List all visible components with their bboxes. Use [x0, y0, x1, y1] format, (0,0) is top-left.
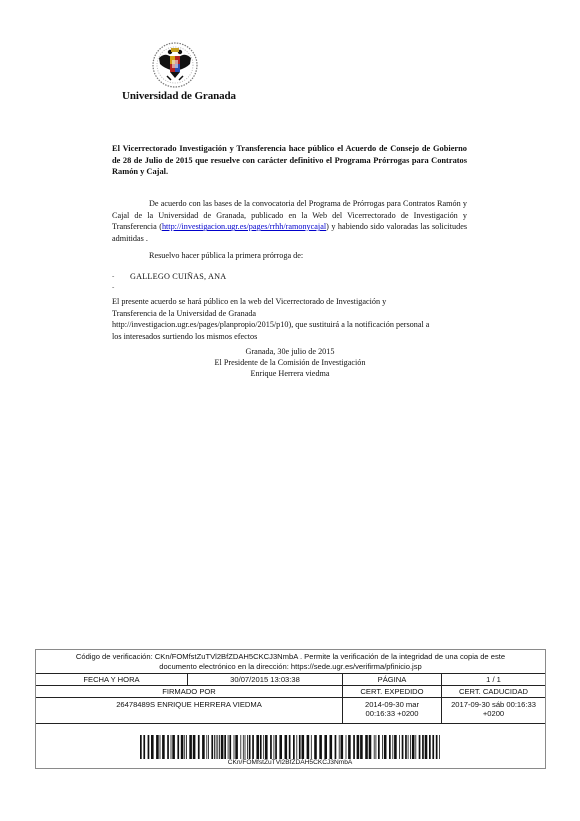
page-value-cell: 1 / 1 — [441, 674, 545, 685]
barcode-text: CKn/FOMfstZuTVl2BfZDAH5CKCJ3NmbA — [140, 759, 440, 766]
bullet: - — [112, 272, 114, 280]
cert-issued-time: 00:16:33 +0200 — [343, 709, 441, 718]
date-value-cell: 30/07/2015 13:03:38 — [187, 674, 342, 685]
university-crest-icon — [149, 40, 201, 90]
institution-name: Universidad de Granada — [122, 90, 236, 102]
page-label-cell: PÁGINA — [342, 674, 441, 685]
signed-by-label-cell: FIRMADO POR — [36, 686, 342, 697]
signature-block: Granada, 30e julio de 2015 El Presidente… — [170, 347, 410, 379]
signer-cell: 26478489S ENRIQUE HERRERA VIEDMA — [36, 698, 342, 723]
notice-line: El presente acuerdo se hará público en l… — [112, 296, 472, 308]
document-title: El Vicerrectorado Investigación y Transf… — [112, 143, 467, 178]
page-value: 1 / 1 — [442, 674, 545, 685]
resolution-text: Resuelvo hacer pública la primera prórro… — [149, 251, 303, 260]
verification-url-line: documento electrónico en la dirección: h… — [40, 662, 541, 672]
verification-code-row: Código de verificación: CKn/FOMfstZuTVl2… — [36, 650, 545, 674]
cert-expiry-label: CERT. CADUCIDAD — [442, 686, 545, 697]
date-label: FECHA Y HORA — [36, 674, 187, 685]
notice-line: Transferencia de la Universidad de Grana… — [112, 308, 472, 320]
cert-issued-date: 2014-09-30 mar — [343, 698, 441, 709]
date-value: 30/07/2015 13:03:38 — [188, 674, 342, 685]
date-label-cell: FECHA Y HORA — [36, 674, 187, 685]
bullet: - — [112, 283, 114, 291]
cert-expiry-tz: +0200 — [442, 709, 545, 718]
notice-line: http://investigacion.ugr.es/pages/planpr… — [112, 319, 472, 331]
signature-name: Enrique Herrera viedma — [170, 369, 410, 380]
cert-expiry-date: 2017-09-30 sáb 00:16:33 — [442, 698, 545, 709]
cert-expiry-cell: 2017-09-30 sáb 00:16:33 +0200 — [441, 698, 545, 723]
cert-issued-label: CERT. EXPEDIDO — [343, 686, 441, 697]
cert-expiry-label-cell: CERT. CADUCIDAD — [441, 686, 545, 697]
signed-by-label: FIRMADO POR — [36, 686, 342, 697]
document-page: Universidad de Granada El Vicerrectorado… — [0, 0, 580, 821]
signer-name: 26478489S ENRIQUE HERRERA VIEDMA — [36, 698, 342, 709]
publication-notice: El presente acuerdo se hará público en l… — [112, 296, 472, 342]
date-page-row: FECHA Y HORA 30/07/2015 13:03:38 PÁGINA … — [36, 674, 545, 686]
signer-data-row: 26478489S ENRIQUE HERRERA VIEDMA 2014-09… — [36, 698, 545, 724]
ramonycajal-link[interactable]: http://investigacion.ugr.es/pages/rrhh/r… — [162, 222, 326, 231]
cert-issued-cell: 2014-09-30 mar 00:16:33 +0200 — [342, 698, 441, 723]
signer-header-row: FIRMADO POR CERT. EXPEDIDO CERT. CADUCID… — [36, 686, 545, 698]
beneficiary-name: GALLEGO CUIÑAS, ANA — [130, 272, 226, 281]
barcode-icon — [140, 735, 440, 759]
signature-role: El Presidente de la Comisión de Investig… — [170, 358, 410, 369]
notice-line: los interesados surtiendo los mismos efe… — [112, 331, 472, 343]
signature-place-date: Granada, 30e julio de 2015 — [170, 347, 410, 358]
page-label: PÁGINA — [343, 674, 441, 685]
cert-issued-label-cell: CERT. EXPEDIDO — [342, 686, 441, 697]
intro-paragraph: De acuerdo con las bases de la convocato… — [112, 198, 467, 244]
verification-code-line: Código de verificación: CKn/FOMfstZuTVl2… — [40, 652, 541, 662]
